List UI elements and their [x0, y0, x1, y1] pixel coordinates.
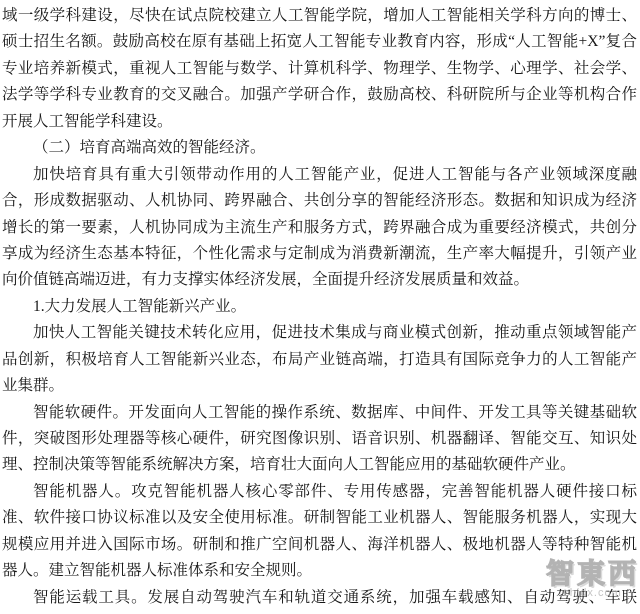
text-line: 加快培育具有重大引领带动作用的人工智能产业，促进人工智能与各产业领域深度融	[2, 162, 637, 188]
text-line: 加快人工智能关键技术转化应用，促进技术集成与商业模式创新，推动重点领域智能产	[2, 320, 637, 346]
text-line: 向价值链高端迈进，有力支撑实体经济发展，全面提升经济发展质量和效益。	[2, 267, 637, 293]
text-line: 法学等学科专业教育的交叉融合。加强产学研合作，鼓励高校、科研院所与企业等机构合作	[2, 82, 637, 108]
text-line: 理、控制决策等智能系统解决方案，培育壮大面向人工智能应用的基础软硬件产业。	[2, 452, 637, 478]
section-heading: （二）培育高端高效的智能经济。	[2, 135, 637, 161]
text-line: 准、软件接口协议标准以及安全使用标准。研制智能工业机器人、智能服务机器人，实现大	[2, 505, 637, 531]
text-line: 享成为经济生态基本特征，个性化需求与定制成为消费新潮流，生产率大幅提升，引领产业	[2, 241, 637, 267]
text-line: 智能机器人。攻克智能机器人核心零部件、专用传感器，完善智能机器人硬件接口标	[2, 479, 637, 505]
text-line: 品创新，积极培育人工智能新兴业态，布局产业链高端，打造具有国际竞争力的人工智能产	[2, 347, 637, 373]
text-line: 合，形成数据驱动、人机协同、跨界融合、共创分享的智能经济形态。数据和知识成为经济	[2, 188, 637, 214]
text-line: 开展人工智能学科建设。	[2, 109, 637, 135]
text-line: 智能软硬件。开发面向人工智能的操作系统、数据库、中间件、开发工具等关键基础软	[2, 400, 637, 426]
subsection-heading: 1.大力发展人工智能新兴产业。	[2, 294, 637, 320]
document-page: 域一级学科建设，尽快在试点院校建立人工智能学院，增加人工智能相关学科方向的博士、…	[2, 3, 637, 614]
text-line: 专业培养新模式，重视人工智能与数学、计算机科学、物理学、生物学、心理学、社会学、	[2, 56, 637, 82]
text-line: 规模应用并进入国际市场。研制和推广空间机器人、海洋机器人、极地机器人等特种智能机	[2, 532, 637, 558]
text-line: 硕士招生名额。鼓励高校在原有基础上拓宽人工智能专业教育内容，形成“人工智能+X”…	[2, 29, 637, 55]
text-line: 智能运载工具。发展自动驾驶汽车和轨道交通系统，加强车载感知、自动驾驶、车联	[2, 585, 637, 611]
text-line: 域一级学科建设，尽快在试点院校建立人工智能学院，增加人工智能相关学科方向的博士、	[2, 3, 637, 29]
text-line: 增长的第一要素，人机协同成为主流生产和服务方式，跨界融合成为重要经济模式，共创分	[2, 215, 637, 241]
text-line: 件，突破图形处理器等核心硬件，研究图像识别、语音识别、机器翻译、智能交互、知识处	[2, 426, 637, 452]
text-line: 业集群。	[2, 373, 637, 399]
text-line: 器人。建立智能机器人标准体系和安全规则。	[2, 558, 637, 584]
